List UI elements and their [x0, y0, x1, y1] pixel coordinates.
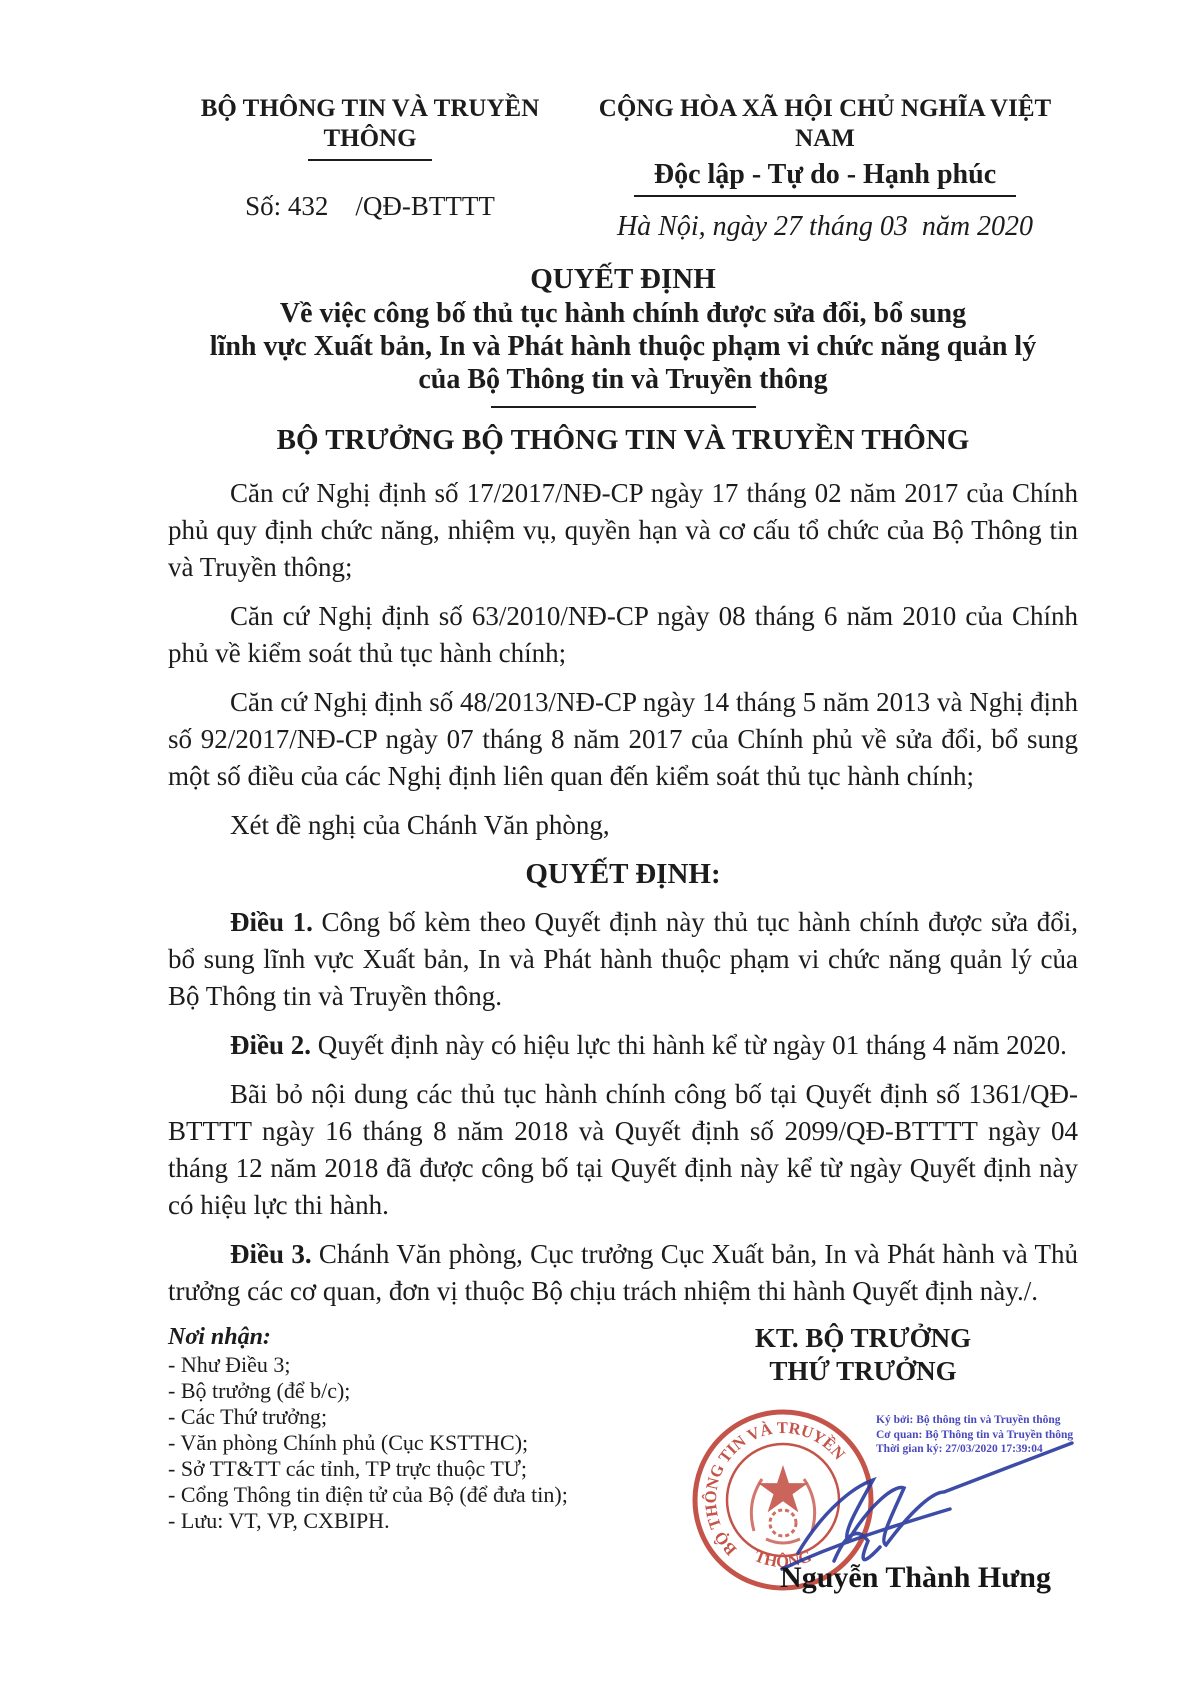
document-number: Số: 432 /QĐ-BTTTT [168, 191, 572, 222]
signature-block: KT. BỘ TRƯỞNG THỨ TRƯỞNG BỘ THÔNG TIN VÀ… [648, 1322, 1078, 1643]
preamble-paragraph: Căn cứ Nghị định số 17/2017/NĐ-CP ngày 1… [168, 475, 1078, 586]
article-1-label: Điều 1. [230, 907, 313, 937]
motto-wrap: Độc lập - Tự do - Hạnh phúc [572, 158, 1078, 197]
issuer-heading: BỘ TRƯỞNG BỘ THÔNG TIN VÀ TRUYỀN THÔNG [168, 421, 1078, 459]
article-2-supplement: Bãi bỏ nội dung các thủ tục hành chính c… [168, 1076, 1078, 1224]
recipients-label: Nơi nhận: [168, 1322, 648, 1352]
national-title: CỘNG HÒA XÃ HỘI CHỦ NGHĨA VIỆT NAM [572, 94, 1078, 154]
preamble-paragraph: Xét đề nghị của Chánh Văn phòng, [168, 807, 1078, 844]
signature-visual-area: BỘ THÔNG TIN VÀ TRUYỀN THÔNG K [648, 1393, 1078, 1643]
title-subject-line-1: Về việc công bố thủ tục hành chính được … [168, 297, 1078, 330]
document-footer: Nơi nhận: - Như Điều 3; - Bộ trưởng (để … [168, 1322, 1078, 1643]
article-2-text: Quyết định này có hiệu lực thi hành kể t… [311, 1030, 1067, 1060]
decision-heading: QUYẾT ĐỊNH: [168, 856, 1078, 892]
title-subject-line-2: lĩnh vực Xuất bản, In và Phát hành thuộc… [168, 330, 1078, 363]
org-underline [308, 159, 432, 161]
article-3-label: Điều 3. [230, 1239, 312, 1269]
signature-title-line-2: THỨ TRƯỞNG [648, 1355, 1078, 1388]
place-date: Hà Nội, ngày 27 tháng 03 năm 2020 [572, 211, 1078, 243]
title-divider [491, 406, 756, 408]
article-2: Điều 2. Quyết định này có hiệu lực thi h… [168, 1027, 1078, 1064]
recipients-block: Nơi nhận: - Như Điều 3; - Bộ trưởng (để … [168, 1322, 648, 1643]
issuing-org-name: BỘ THÔNG TIN VÀ TRUYỀN THÔNG [168, 94, 572, 154]
recipient-item: - Như Điều 3; [168, 1352, 648, 1378]
recipient-item: - Văn phòng Chính phủ (Cục KSTTHC); [168, 1430, 648, 1456]
document-header: BỘ THÔNG TIN VÀ TRUYỀN THÔNG Số: 432 /QĐ… [168, 94, 1078, 243]
document-title: QUYẾT ĐỊNH [168, 261, 1078, 297]
recipient-item: - Các Thứ trưởng; [168, 1404, 648, 1430]
articles-section: Điều 1. Công bố kèm theo Quyết định này … [168, 904, 1078, 1310]
article-3: Điều 3. Chánh Văn phòng, Cục trưởng Cục … [168, 1236, 1078, 1310]
signature-title-line-1: KT. BỘ TRƯỞNG [648, 1322, 1078, 1355]
title-subject-line-3: của Bộ Thông tin và Truyền thông [168, 363, 1078, 396]
article-2-label: Điều 2. [230, 1030, 311, 1060]
preamble-paragraph: Căn cứ Nghị định số 48/2013/NĐ-CP ngày 1… [168, 684, 1078, 795]
signer-name: Nguyễn Thành Hưng [753, 1561, 1078, 1595]
recipient-item: - Sở TT&TT các tỉnh, TP trực thuộc TƯ; [168, 1456, 648, 1482]
article-1: Điều 1. Công bố kèm theo Quyết định này … [168, 904, 1078, 1015]
signature-titles: KT. BỘ TRƯỞNG THỨ TRƯỞNG [648, 1322, 1078, 1388]
national-motto: Độc lập - Tự do - Hạnh phúc [634, 158, 1016, 197]
preamble-section: Căn cứ Nghị định số 17/2017/NĐ-CP ngày 1… [168, 475, 1078, 844]
document-page: BỘ THÔNG TIN VÀ TRUYỀN THÔNG Số: 432 /QĐ… [0, 0, 1190, 1684]
national-header-block: CỘNG HÒA XÃ HỘI CHỦ NGHĨA VIỆT NAM Độc l… [572, 94, 1078, 243]
title-block: QUYẾT ĐỊNH Về việc công bố thủ tục hành … [168, 261, 1078, 408]
preamble-paragraph: Căn cứ Nghị định số 63/2010/NĐ-CP ngày 0… [168, 598, 1078, 672]
recipient-item: - Lưu: VT, VP, CXBIPH. [168, 1508, 648, 1534]
issuing-org-block: BỘ THÔNG TIN VÀ TRUYỀN THÔNG Số: 432 /QĐ… [168, 94, 572, 243]
recipient-item: - Cổng Thông tin điện tử của Bộ (để đưa … [168, 1482, 648, 1508]
recipient-item: - Bộ trưởng (để b/c); [168, 1378, 648, 1404]
